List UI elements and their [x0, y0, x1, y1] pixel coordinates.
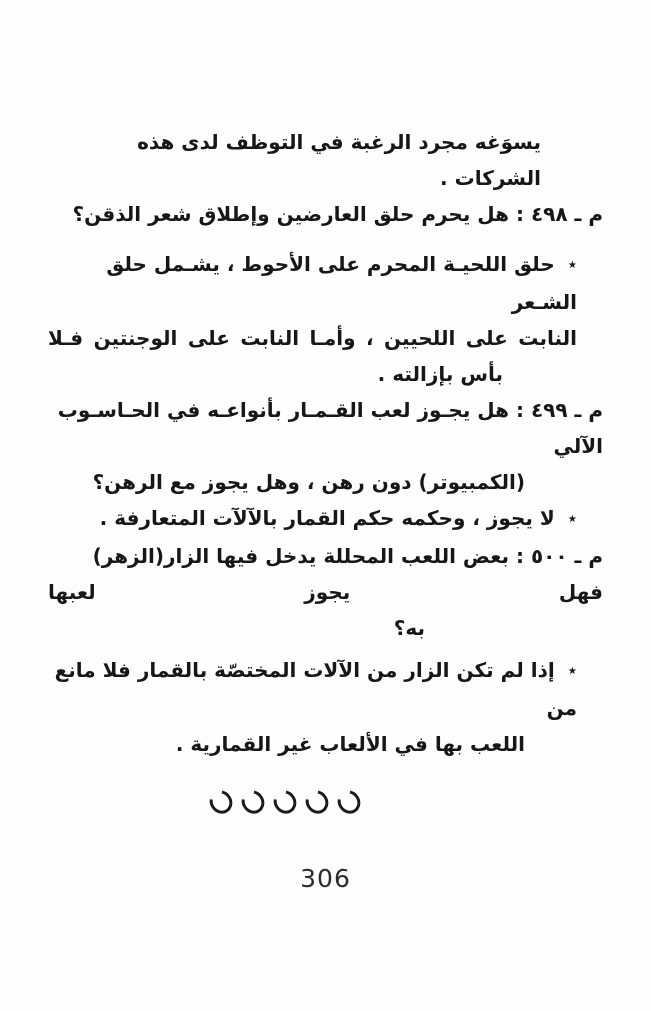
question-498: م ـ ٤٩٨ : هل يحرم حلق العارضين وإطلاق شع…: [48, 196, 603, 232]
answer-498-line-3: بأس بإزالته .: [48, 356, 577, 392]
question-500: م ـ ٥٠٠ : بعض اللعب المحللة يدخل فيها ال…: [48, 538, 603, 646]
crescent-icon: [237, 786, 269, 818]
crescent-icon: [333, 786, 365, 818]
question-500-line-2: به؟: [48, 610, 603, 646]
answer-star-icon: ٭: [568, 661, 577, 681]
answer-500-line-1: ٭إذا لم تكن الزار من الآلات المختصّة بال…: [48, 652, 577, 726]
crescent-icon: [269, 786, 301, 818]
question-499: م ـ ٤٩٩ : هل يجـوز لعب القـمـار بأنواعـه…: [48, 392, 603, 500]
answer-498-line-2: النابت على اللحيين ، وأمـا النابت على ال…: [48, 320, 577, 356]
answer-star-icon: ٭: [568, 509, 577, 529]
crescent-icon: [205, 786, 237, 818]
question-499-line-2: (الكمبيوتر) دون رهن ، وهل يجوز مع الرهن؟: [48, 464, 603, 500]
scanned-book-page: يسوَغه مجرد الرغبة في التوظف لدى هذه الش…: [0, 0, 651, 1011]
answer-498: ٭حلق اللحيـة المحرم على الأحوط ، يشـمل ح…: [48, 246, 603, 392]
answer-500: ٭إذا لم تكن الزار من الآلات المختصّة بال…: [48, 652, 603, 762]
answer-499: ٭لا يجوز ، وحكمه حكم القمار بالآلآت المت…: [48, 500, 603, 538]
answer-499-text: لا يجوز ، وحكمه حكم القمار بالآلآت المتع…: [100, 506, 555, 530]
answer-500-text-1: إذا لم تكن الزار من الآلات المختصّة بالق…: [55, 658, 577, 720]
answer-498-line-1: ٭حلق اللحيـة المحرم على الأحوط ، يشـمل ح…: [48, 246, 577, 320]
paragraph-continuation-line: يسوَغه مجرد الرغبة في التوظف لدى هذه الش…: [48, 124, 603, 196]
question-499-line-1: م ـ ٤٩٩ : هل يجـوز لعب القـمـار بأنواعـه…: [48, 392, 603, 464]
page-content: يسوَغه مجرد الرغبة في التوظف لدى هذه الش…: [0, 0, 651, 814]
answer-499-line: ٭لا يجوز ، وحكمه حكم القمار بالآلآت المت…: [48, 500, 577, 538]
section-divider-ornament: [7, 790, 562, 814]
crescent-icon: [301, 786, 333, 818]
page-number: 306: [0, 864, 651, 893]
answer-498-text-1: حلق اللحيـة المحرم على الأحوط ، يشـمل حل…: [106, 252, 577, 314]
question-500-line-1: م ـ ٥٠٠ : بعض اللعب المحللة يدخل فيها ال…: [48, 538, 603, 610]
answer-500-line-2: اللعب بها في الألعاب غير القمارية .: [48, 726, 577, 762]
answer-star-icon: ٭: [568, 255, 577, 275]
